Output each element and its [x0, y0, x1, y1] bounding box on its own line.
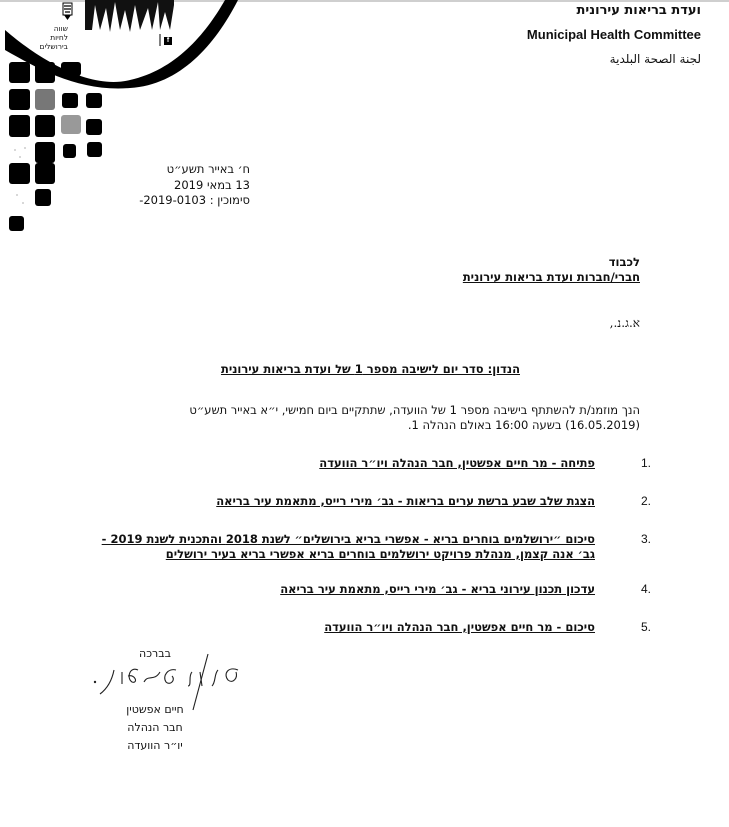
org-name-hebrew: ועדת בריאות עירונית	[527, 2, 701, 20]
gregorian-date: 13 במאי 2019	[120, 178, 250, 194]
org-name-english: Municipal Health Committee	[527, 24, 701, 46]
city-logo-icon	[85, 0, 174, 46]
org-name-arabic: لجنة الصحة البلدية	[527, 48, 701, 70]
intro-line-1: הנך מוזמנ/ת להשתתף בישיבה מספר 1 של הווע…	[80, 403, 640, 418]
agenda-item: 2. הצגת שלב שבע ברשת ערים בריאות - גב׳ מ…	[79, 494, 619, 509]
addressee: חברי/חברות ועדת בריאות עירונית	[463, 270, 640, 285]
signature-block: בברכה חיים אפשטין חבר הנהלה יו״ר הוועדה	[100, 645, 210, 755]
city-slogan-line-2: בירושלים	[38, 42, 68, 51]
agenda-item: 5. סיכום - מר חיים אפשטין, חבר הנהלה ויו…	[79, 620, 619, 635]
agenda-item-number: 4.	[619, 582, 651, 596]
recipient-block: לכבוד חברי/חברות ועדת בריאות עירונית	[463, 255, 640, 285]
subject-line: הנדון: סדר יום לישיבה מספר 1 של ועדת ברי…	[221, 362, 520, 376]
agenda-item-number: 2.	[619, 494, 651, 508]
agenda-item: 4. עדכון תכנון עירוני בריא - גב׳ מירי רי…	[79, 582, 619, 597]
agenda-item-number: 5.	[619, 620, 651, 634]
signer-title-2: יו״ר הוועדה	[100, 737, 210, 755]
agenda-item-number: 3.	[619, 532, 651, 546]
agenda-item-text: עדכון תכנון עירוני בריא - גב׳ מירי רייס,…	[280, 582, 595, 597]
letterhead-header: ועדת בריאות עירונית Municipal Health Com…	[527, 2, 701, 70]
salutation: לכבוד	[463, 255, 640, 270]
intro-paragraph: הנך מוזמנ/ת להשתתף בישיבה מספר 1 של הווע…	[80, 403, 640, 433]
date-block: ח׳ באייר תשע״ט 13 במאי 2019 סימוכין : 20…	[120, 162, 250, 209]
greeting: א.ג.נ.,	[610, 316, 640, 331]
agenda-list: 1. פתיחה - מר חיים אפשטין, חבר הנהלה ויו…	[79, 456, 619, 658]
city-slogan: שווה לחיות בירושלים	[38, 24, 68, 51]
agenda-item-number: 1.	[619, 456, 651, 470]
signer-title-1: חבר הנהלה	[100, 719, 210, 737]
reference-number: סימוכין : 2019-0103-	[120, 193, 250, 209]
agenda-item: 3. סיכום ״ירושלמים בוחרים בריא - אפשרי ב…	[79, 532, 619, 562]
agenda-item-text: סיכום ״ירושלמים בוחרים בריא - אפשרי בריא…	[95, 532, 595, 562]
agenda-item-text: הצגת שלב שבע ברשת ערים בריאות - גב׳ מירי…	[216, 494, 595, 509]
intro-line-2: (16.05.2019) בשעה 16:00 באולם הנהלה 1.	[80, 418, 640, 433]
jerusalem-emblem-icon	[63, 3, 72, 20]
signer-name: חיים אפשטין	[100, 701, 210, 719]
closing: בברכה	[100, 645, 210, 663]
agenda-item-text: פתיחה - מר חיים אפשטין, חבר הנהלה ויו״ר …	[319, 456, 595, 471]
agenda-item: 1. פתיחה - מר חיים אפשטין, חבר הנהלה ויו…	[79, 456, 619, 471]
agenda-item-text: סיכום - מר חיים אפשטין, חבר הנהלה ויו״ר …	[324, 620, 595, 635]
hebrew-date: ח׳ באייר תשע״ט	[120, 162, 250, 178]
city-slogan-line-1: שווה לחיות	[38, 24, 68, 42]
facebook-icon: f	[164, 37, 172, 45]
